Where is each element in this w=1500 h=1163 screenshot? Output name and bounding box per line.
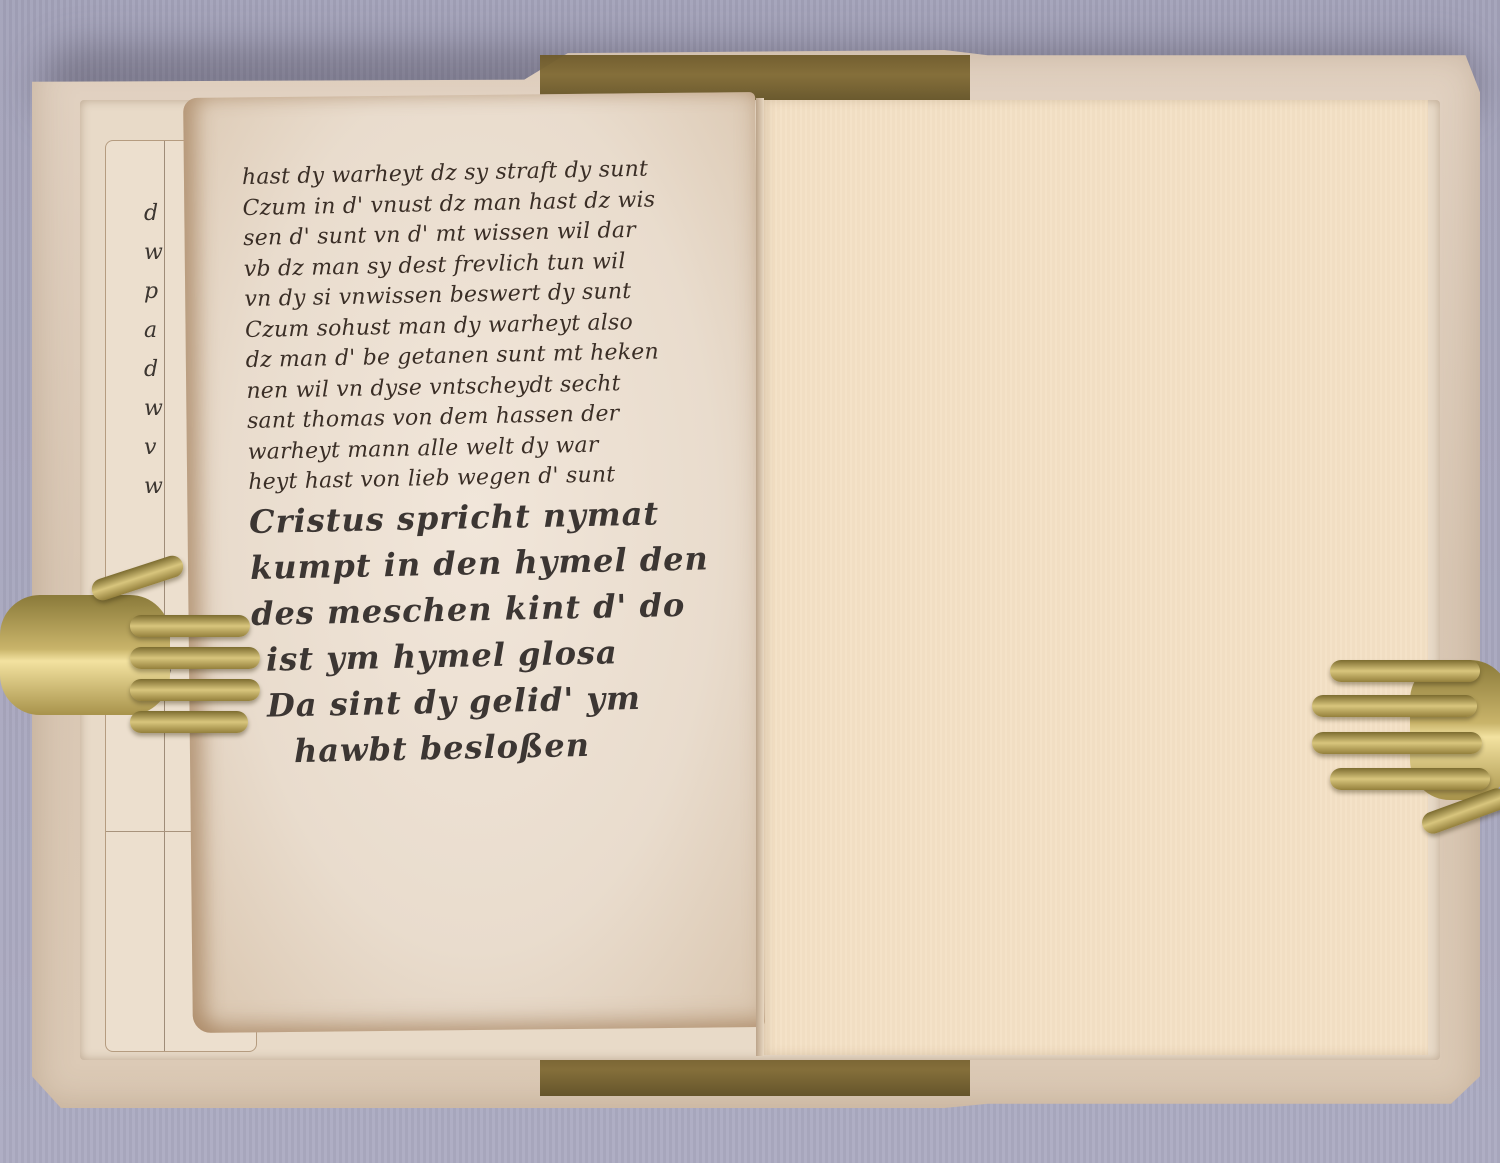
- text-fragment: p: [144, 279, 172, 304]
- clasp-finger: [130, 711, 248, 733]
- right-blank-page: [760, 100, 1428, 1055]
- clasp-finger: [1312, 695, 1477, 717]
- brass-hand-clasp-right: [1310, 640, 1500, 850]
- manuscript-text: hast dy warheyt dz sy straft dy sunt Czu…: [242, 153, 735, 774]
- text-fragment: w: [144, 240, 172, 265]
- text-fragment: d: [144, 357, 172, 382]
- clasp-finger: [1312, 732, 1482, 754]
- text-fragment: a: [144, 318, 172, 343]
- text-fragment: w: [144, 396, 172, 421]
- clasp-finger: [1330, 660, 1480, 682]
- text-fragment: v: [144, 435, 172, 460]
- brass-hand-clasp-left: [0, 555, 270, 755]
- clasp-finger: [1330, 768, 1490, 790]
- clasp-finger: [130, 615, 250, 637]
- text-fragment: w: [144, 474, 172, 499]
- clasp-finger: [130, 679, 260, 701]
- clasp-finger: [130, 647, 260, 669]
- book-gutter: [756, 98, 764, 1056]
- text-fragment: d: [144, 201, 172, 226]
